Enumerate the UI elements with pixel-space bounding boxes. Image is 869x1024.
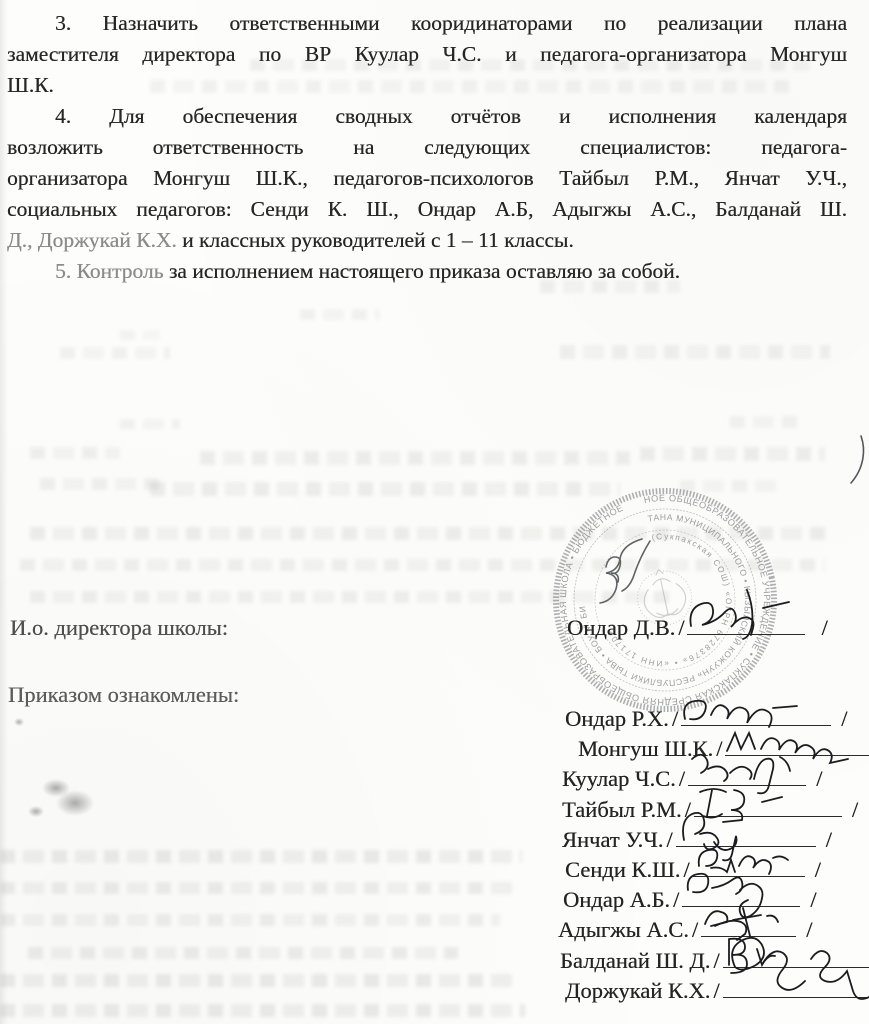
bleed-through-smudge	[30, 447, 120, 459]
bleed-through-smudge	[300, 309, 380, 320]
paragraph-5: 5. Контроль за исполнением настоящего пр…	[7, 256, 847, 287]
text-line: социальных педагогов: Сенди К. Ш., Ондар…	[7, 194, 847, 225]
stray-pen-mark	[846, 434, 868, 486]
signature-blank	[723, 975, 869, 998]
text-line: Ш.К.	[7, 70, 847, 101]
paragraph-4: 4. Для обеспечения сводных отчётов и исп…	[7, 101, 847, 256]
slash: /	[842, 797, 861, 822]
ink-smudge	[42, 779, 70, 797]
text-line: 4. Для обеспечения сводных отчётов и исп…	[7, 101, 847, 132]
director-signature-row: Ондар Д.В./ /	[567, 612, 831, 641]
acknowledgement-signature-list: Ондар Р.Х.//Монгуш Ш.К.//Куулар Ч.С.//Та…	[545, 703, 869, 1005]
director-signature-blank	[687, 612, 805, 635]
bleed-through-smudge	[60, 347, 170, 359]
ink-smudge	[14, 718, 24, 726]
text-line: заместителя директора по ВР Куулар Ч.С. …	[7, 39, 847, 70]
bleed-through-smudge	[120, 330, 160, 340]
text-line: возложить ответственность на следующих с…	[7, 132, 847, 163]
bleed-through-smudge	[640, 447, 825, 461]
signatory-name: Адыгжы А.С.	[558, 917, 689, 942]
bleed-through-smudge	[560, 345, 830, 359]
ink-smudge	[28, 806, 44, 817]
bleed-through-smudge	[730, 416, 800, 428]
text-line: 3. Назначить ответственными кооридинатор…	[7, 8, 847, 39]
director-name: Ондар Д.В.	[567, 615, 675, 640]
paragraph-3: 3. Назначить ответственными кооридинатор…	[7, 8, 847, 101]
signatory-name: Ондар Р.Х.	[565, 706, 669, 731]
signatory-name: Доржукай К.Х.	[565, 978, 710, 1003]
bleed-through-smudge	[0, 882, 512, 894]
director-handwritten-signature	[683, 586, 833, 642]
signatory-name: Сенди К.Ш.	[565, 857, 680, 882]
signature-row: Доржукай К.Х.//	[565, 975, 869, 1005]
bleed-through-smudge	[200, 451, 630, 465]
ink-smudge	[56, 790, 94, 816]
bleed-through-smudge	[0, 914, 500, 926]
acknowledged-label: Приказом ознакомлены:	[8, 682, 239, 708]
bleed-through-smudge	[0, 974, 512, 987]
document-body: 3. Назначить ответственными кооридинатор…	[7, 8, 847, 287]
bleed-through-smudge	[150, 482, 620, 496]
acting-director-label: И.о. директора школы:	[10, 615, 228, 641]
signatory-name: Ондар А.Б.	[563, 887, 670, 912]
handwritten-signature	[719, 933, 869, 1005]
bleed-through-smudge	[0, 850, 522, 863]
slash: /	[816, 827, 835, 852]
text-line: Д., Доржукай К.Х. и классных руководител…	[7, 225, 847, 256]
signatory-name: Янчат У.Ч.	[562, 827, 663, 852]
bleed-through-smudge	[28, 947, 458, 959]
signatory-name: Тайбыл Р.М.	[562, 797, 682, 822]
bleed-through-smudge	[0, 1004, 525, 1017]
signatory-name: Балданай Ш. Д.	[560, 948, 710, 973]
text-line: организатора Монгуш Ш.К., педагогов-псих…	[7, 163, 847, 194]
bleed-through-smudge	[120, 419, 180, 429]
bleed-through-smudge	[40, 478, 160, 490]
scanned-order-page: 3. Назначить ответственными кооридинатор…	[0, 0, 869, 1024]
signatory-name: Куулар Ч.С.	[562, 766, 676, 791]
text-line: 5. Контроль за исполнением настоящего пр…	[7, 256, 847, 287]
